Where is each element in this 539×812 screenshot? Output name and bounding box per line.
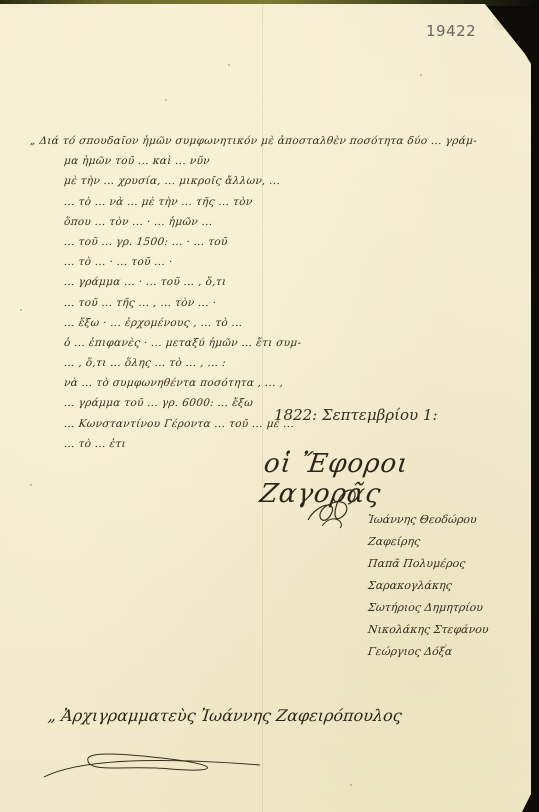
letter-date: 1822: Σεπτεμβρίου 1:	[274, 406, 438, 424]
archive-number: 19422	[426, 22, 476, 40]
body-line: „ Διά τό σπουδαῖον ἡμῶν συμφωνητικόν μὲ …	[29, 131, 501, 151]
body-line: μὲ τὴν ... χρυσία, ... μικροῖς ἄλλων, ..…	[29, 171, 501, 191]
signatory: Γεώργιος Δόξα	[367, 641, 490, 663]
signatory: Παπᾶ Πολυμέρος	[367, 553, 490, 575]
manuscript-page: 19422 „ Διά τό σπουδαῖον ἡμῶν συμφωνητικ…	[0, 4, 531, 812]
paper-speck	[420, 74, 422, 76]
signatory: Ἰωάννης Θεοδώρου	[367, 509, 490, 531]
body-line: ὅπου ... τὸν ... · ... ἡμῶν ...	[29, 212, 501, 232]
body-line: μα ἡμῶν τοῦ ... καὶ ... νῦν	[29, 151, 501, 171]
paper-speck	[30, 484, 32, 486]
signatory: Σωτήριος Δημητρίου	[367, 597, 490, 619]
secretary-signature: „ Ἀρχιγραμματεὺς Ἰωάννης Ζαφειρόπουλος	[47, 706, 403, 725]
corner-stain	[492, 10, 518, 32]
body-line: νὰ ... τὸ συμφωνηθέντα ποσότητα , ... ,	[29, 373, 501, 393]
signatory: Νικολάκης Στεφάνου	[367, 619, 490, 641]
body-line: ... , ὅ,τι ... ὅλης ... τὸ ... , ... :	[29, 353, 501, 373]
body-line: ... τὸ ... νὰ ... μὲ τὴν ... τῆς ... τὸν	[29, 192, 501, 212]
paper-speck	[20, 309, 22, 311]
signatory: Σαρακογλάκης	[367, 575, 490, 597]
body-line: ὁ ... ἐπιφανὲς · ... μεταξύ ἡμῶν ... ἔτι…	[29, 333, 501, 353]
underline-flourish-icon	[40, 749, 270, 783]
paper-speck	[350, 784, 352, 786]
paper-speck	[228, 64, 230, 66]
body-line: ... τὸ ... · ... τοῦ ... ·	[29, 252, 501, 272]
signatory: Ζαφείρης	[367, 531, 490, 553]
signature-flourish-icon	[300, 482, 370, 532]
signatories-list: Ἰωάννης Θεοδώρου Ζαφείρης Παπᾶ Πολυμέρος…	[368, 509, 489, 663]
body-line: ... γράμμα ... · ... τοῦ ... , ὅ,τι	[29, 272, 501, 292]
body-line: ... τοῦ ... τῆς ... , ... τὸν ... ·	[29, 293, 501, 313]
paper-speck	[165, 99, 167, 101]
body-line: ... τοῦ ... γρ. 1500: ... · ... τοῦ	[29, 232, 501, 252]
body-line: ... ἔξω · ... ἐρχομένους , ... τὸ ...	[29, 313, 501, 333]
